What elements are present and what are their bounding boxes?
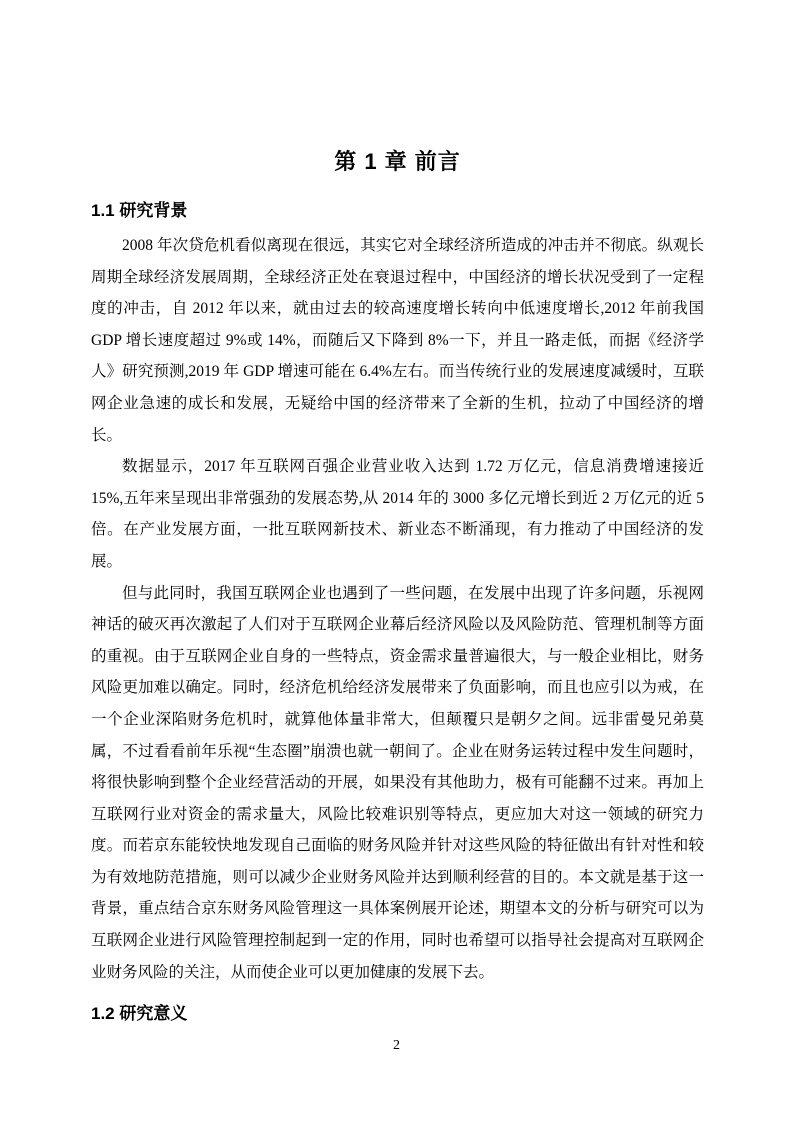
chapter-title: 第 1 章 前言 xyxy=(91,0,704,178)
section-heading-1-2: 1.2 研究意义 xyxy=(91,1001,704,1027)
document-page: 第 1 章 前言 1.1 研究背景 2008 年次贷危机看似离现在很远，其实它对… xyxy=(0,0,793,1122)
page-content: 第 1 章 前言 1.1 研究背景 2008 年次贷危机看似离现在很远，其实它对… xyxy=(91,0,704,1033)
page-number: 2 xyxy=(0,1038,793,1054)
paragraph-research-background-2: 数据显示，2017 年互联网百强企业营业收入达到 1.72 万亿元，信息消费增速… xyxy=(91,451,704,577)
section-heading-1-1: 1.1 研究背景 xyxy=(91,198,704,224)
paragraph-research-background-1: 2008 年次贷危机看似离现在很远，其实它对全球经济所造成的冲击并不彻底。纵观长… xyxy=(91,230,704,451)
paragraph-research-background-3: 但与此同时，我国互联网企业也遇到了一些问题，在发展中出现了许多问题，乐视网神话的… xyxy=(91,578,704,989)
